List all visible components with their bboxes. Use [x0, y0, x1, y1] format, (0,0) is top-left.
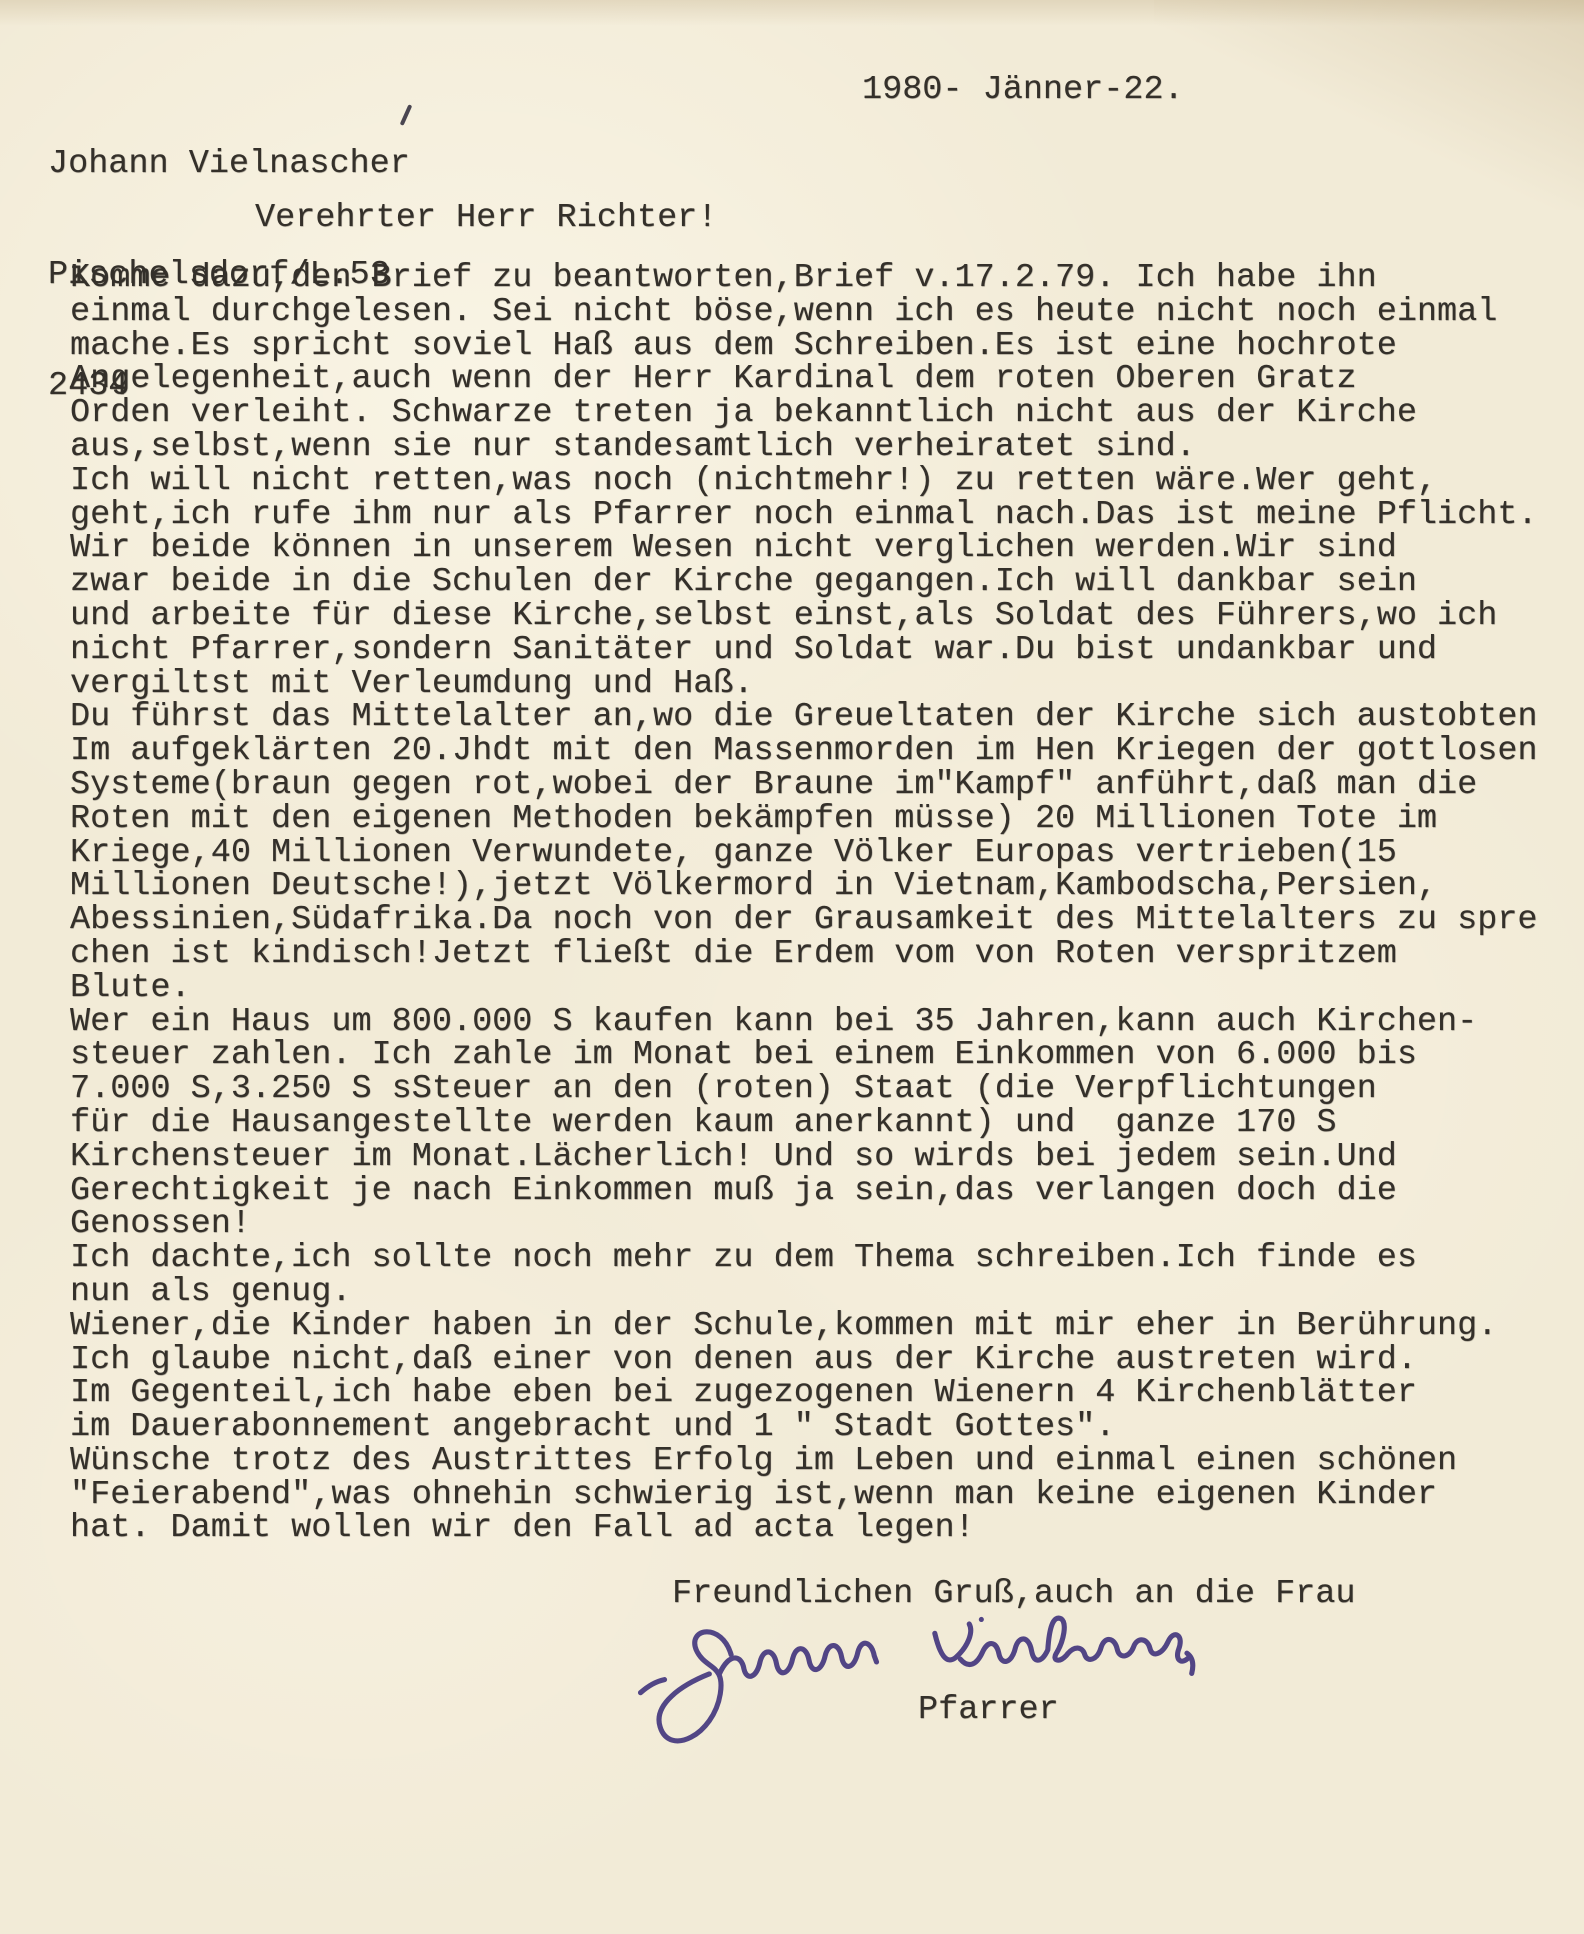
- body-line: Ich will nicht retten,was noch (nichtmeh…: [70, 465, 1538, 499]
- body-line: 7.000 S,3.250 S sSteuer an den (roten) S…: [70, 1073, 1538, 1107]
- body-line: Wünsche trotz des Austrittes Erfolg im L…: [70, 1445, 1538, 1479]
- body-line: Angelegenheit,auch wenn der Herr Kardina…: [70, 363, 1538, 397]
- body-line: Systeme(braun gegen rot,wobei der Braune…: [70, 769, 1538, 803]
- sender-name: Johann Vielnascher: [48, 146, 410, 183]
- body-line: für die Hausangestellte werden kaum aner…: [70, 1107, 1538, 1141]
- body-line: hat. Damit wollen wir den Fall ad acta l…: [70, 1512, 1538, 1546]
- body-line: Wer ein Haus um 800.000 S kaufen kann be…: [70, 1006, 1538, 1040]
- body-line: Gerechtigkeit je nach Einkommen muß ja s…: [70, 1175, 1538, 1209]
- body-line: und arbeite für diese Kirche,selbst eins…: [70, 600, 1538, 634]
- corner-shading: [1154, 0, 1584, 210]
- salutation: Verehrter Herr Richter!: [255, 200, 717, 236]
- body-line: Du führst das Mittelalter an,wo die Greu…: [70, 701, 1538, 735]
- body-line: chen ist kindisch!Jetzt fließt die Erdem…: [70, 938, 1538, 972]
- body-line: "Feierabend",was ohnehin schwierig ist,w…: [70, 1479, 1538, 1513]
- body-line: Wiener,die Kinder haben in der Schule,ko…: [70, 1310, 1538, 1344]
- body-line: Kirchensteuer im Monat.Lächerlich! Und s…: [70, 1141, 1538, 1175]
- signature-role: Pfarrer: [918, 1692, 1059, 1728]
- scan-edge-shading: [0, 0, 1584, 26]
- letter-page: Johann Vielnascher Pischelsdorf/L.53 243…: [0, 0, 1584, 1934]
- body-line: Ich glaube nicht,daß einer von denen aus…: [70, 1344, 1538, 1378]
- body-line: im Dauerabonnement angebracht und 1 " St…: [70, 1411, 1538, 1445]
- handwritten-signature: [627, 1590, 1204, 1770]
- body-line: mache.Es spricht soviel Haß aus dem Schr…: [70, 330, 1538, 364]
- body-line: einmal durchgelesen. Sei nicht böse,wenn…: [70, 296, 1538, 330]
- body-line: nicht Pfarrer,sondern Sanitäter und Sold…: [70, 634, 1538, 668]
- letter-date: 1980- Jänner-22.: [862, 72, 1184, 109]
- body-line: geht,ich rufe ihm nur als Pfarrer noch e…: [70, 499, 1538, 533]
- body-line: steuer zahlen. Ich zahle im Monat bei ei…: [70, 1039, 1538, 1073]
- body-line: Millionen Deutsche!),jetzt Völkermord in…: [70, 870, 1538, 904]
- letter-body: Komme dazu,den Brief zu beantworten,Brie…: [70, 262, 1538, 1546]
- body-line: Genossen!: [70, 1208, 1538, 1242]
- body-line: Ich dachte,ich sollte noch mehr zu dem T…: [70, 1242, 1538, 1276]
- body-line: vergiltst mit Verleumdung und Haß.: [70, 668, 1538, 702]
- body-line: Abessinien,Südafrika.Da noch von der Gra…: [70, 904, 1538, 938]
- body-line: Im Gegenteil,ich habe eben bei zugezogen…: [70, 1377, 1538, 1411]
- body-line: Roten mit den eigenen Methoden bekämpfen…: [70, 803, 1538, 837]
- body-line: aus,selbst,wenn sie nur standesamtlich v…: [70, 431, 1538, 465]
- body-line: nun als genug.: [70, 1276, 1538, 1310]
- body-line: Orden verleiht. Schwarze treten ja bekan…: [70, 397, 1538, 431]
- body-line: Im aufgeklärten 20.Jhdt mit den Massenmo…: [70, 735, 1538, 769]
- body-line: Kriege,40 Millionen Verwundete, ganze Vö…: [70, 837, 1538, 871]
- body-line: Wir beide können in unserem Wesen nicht …: [70, 532, 1538, 566]
- body-line: Komme dazu,den Brief zu beantworten,Brie…: [70, 262, 1538, 296]
- body-line: zwar beide in die Schulen der Kirche geg…: [70, 566, 1538, 600]
- body-line: Blute.: [70, 972, 1538, 1006]
